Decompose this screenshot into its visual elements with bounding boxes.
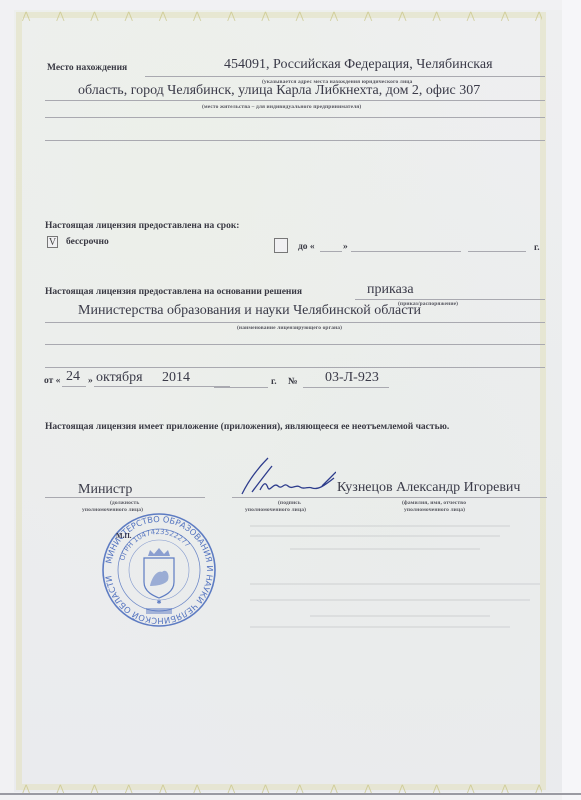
location-label: Место нахождения [47, 63, 127, 73]
order-number-label: № [288, 377, 298, 387]
order-day-line [62, 386, 86, 387]
location-address-line-1: 454091, Российская Федерация, Челябинска… [224, 57, 493, 73]
location-line-1 [145, 76, 545, 77]
location-hint-2: (место жительства – для индивидуального … [202, 104, 361, 110]
svg-text:✱: ✱ [156, 599, 161, 606]
order-day: 24 [66, 369, 80, 385]
scan-margin [562, 0, 581, 800]
page-edge [0, 793, 581, 795]
order-number-line [303, 387, 389, 388]
name-hint: (фамилия, имя, отчество [402, 500, 466, 506]
until-month-line [351, 251, 461, 252]
order-number: 03-Л-923 [325, 370, 379, 386]
location-address-line-2: область, город Челябинск, улица Карла Ли… [78, 83, 480, 99]
authority-name: Министерства образования и науки Челябин… [78, 303, 421, 319]
until-label: до « [298, 242, 315, 252]
order-year-suffix: г. [271, 377, 277, 387]
bleed-through-text [250, 583, 540, 585]
name-hint: уполномоченного лица) [404, 507, 465, 513]
blank-line [45, 344, 545, 345]
checkbox-indefinite[interactable]: V [47, 236, 58, 248]
order-from-label: от « [44, 376, 60, 386]
location-line-2 [45, 100, 545, 101]
license-sheet [14, 10, 562, 792]
name-line [337, 497, 547, 498]
signature-hint: (подпись [278, 500, 301, 506]
decision-type-line [355, 299, 545, 300]
bleed-through-text [310, 615, 490, 617]
signature [238, 452, 336, 500]
bleed-through-text [250, 599, 530, 601]
order-extra-line [214, 387, 268, 388]
border-ornament-top: ⋀⋀⋀⋀⋀⋀⋀⋀⋀⋀⋀⋀⋀⋀⋀⋀⋀⋀ [22, 11, 542, 23]
checkbox-until[interactable] [274, 238, 288, 253]
appendix-note: Настоящая лицензия имеет приложение (при… [45, 422, 449, 432]
signatory-name: Кузнецов Александр Игоревич [337, 480, 520, 496]
order-month: октября [96, 370, 143, 386]
signature-hint: уполномоченного лица) [245, 507, 306, 513]
until-year-suffix: г. [534, 243, 540, 253]
indefinite-label: бессрочно [66, 237, 109, 247]
position-hint: (должность [110, 500, 139, 506]
blank-line [45, 140, 545, 141]
term-label: Настоящая лицензия предоставлена на срок… [45, 221, 239, 231]
bleed-through-text [250, 525, 510, 527]
order-year: 2014 [162, 370, 190, 386]
bleed-through-text [250, 626, 510, 628]
basis-label: Настоящая лицензия предоставлена на осно… [45, 287, 302, 297]
bleed-through-text [290, 548, 480, 550]
until-quote-close: » [343, 242, 348, 252]
blank-line [45, 117, 545, 118]
order-quote-close: » [88, 376, 93, 386]
official-stamp: МИНИСТЕРСТВО ОБРАЗОВАНИЯ И НАУКИ ЧЕЛЯБИН… [100, 512, 218, 628]
stamp-placeholder-mp: М.П. [116, 532, 132, 540]
authority-line [45, 322, 545, 323]
until-day-line [320, 251, 342, 252]
until-year-line [468, 251, 526, 252]
signatory-position: Министр [78, 482, 132, 498]
bleed-through-text [250, 535, 500, 537]
blank-line [45, 367, 545, 368]
decision-type: приказа [367, 282, 414, 298]
authority-hint: (наименование лицензирующего органа) [237, 325, 342, 331]
